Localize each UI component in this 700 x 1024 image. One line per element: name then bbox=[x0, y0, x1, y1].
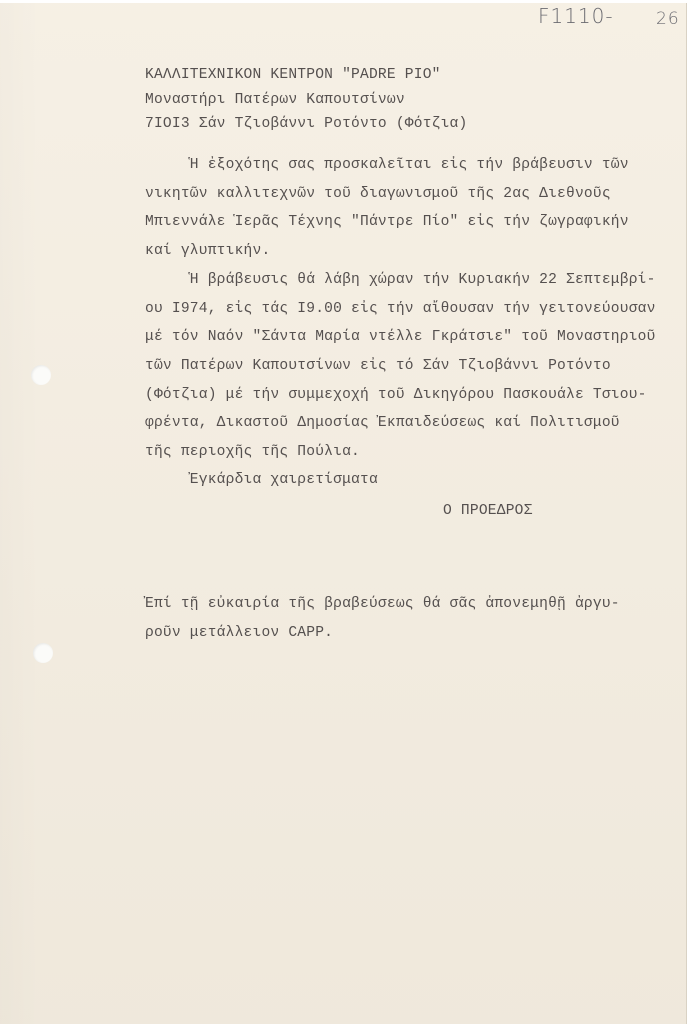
document-page: F1110- 26 ΚΑΛΛΙΤΕΧΝΙΚΟΝ ΚΕΝΤΡΟΝ "PADRE P… bbox=[0, 3, 687, 1024]
signature-president: Ο ΠΡΟΕΔΡΟΣ bbox=[443, 497, 533, 526]
body-line: (Φότζια) μέ τήν συμμεχοχή τοῦ Δικηγόρου … bbox=[145, 381, 647, 410]
body-line: μέ τόν Ναόν "Σάντα Μαρία ντέλλε Γκράτσιε… bbox=[145, 323, 656, 352]
body-line: Μπιεννάλε Ἱερᾶς Τέχνης "Πάντρε Πίο" εἰς … bbox=[145, 208, 629, 237]
body-line: νικητῶν καλλιτεχνῶν τοῦ διαγωνισμοῦ τῆς … bbox=[145, 180, 611, 209]
closing-greeting: Ἐγκάρδια χαιρετίσματα bbox=[145, 466, 378, 495]
body-line: ου I974, εἰς τάς I9.00 εἰς τήν αἴθουσαν … bbox=[145, 295, 656, 324]
body-line: τῶν Πατέρων Καπουτσίνων εἰς τό Σάν Τζιοβ… bbox=[145, 352, 611, 381]
body-line: τῆς περιοχῆς τῆς Πούλια. bbox=[145, 438, 360, 467]
postscript-line: ροῦν μετάλλειον CAPP. bbox=[145, 619, 333, 648]
body-line: Ἡ βράβευσις θά λάβη χώραν τήν Κυριακήν 2… bbox=[145, 266, 656, 295]
body-line: φρέντα, Δικαστοῦ Δημοσίας Ἐκπαιδεύσεως κ… bbox=[145, 409, 620, 438]
body-line: καί γλυπτικήν. bbox=[145, 237, 270, 266]
letterhead-address: 7IOI3 Σάν Τζιοβάννι Ροτόντο (Φότζια) bbox=[145, 110, 467, 139]
punch-hole-top bbox=[31, 365, 51, 385]
punch-hole-bottom bbox=[33, 643, 53, 663]
archive-code-annotation: F1110- bbox=[538, 4, 614, 28]
postscript-line: Ἐπί τῇ εὐκαιρία τῆς βραβεύσεως θά σᾶς ἀπ… bbox=[145, 590, 620, 619]
body-line: Ἡ ἐξοχότης σας προσκαλεῖται εἰς τήν βράβ… bbox=[145, 151, 629, 180]
page-number-annotation: 26 bbox=[656, 9, 680, 29]
